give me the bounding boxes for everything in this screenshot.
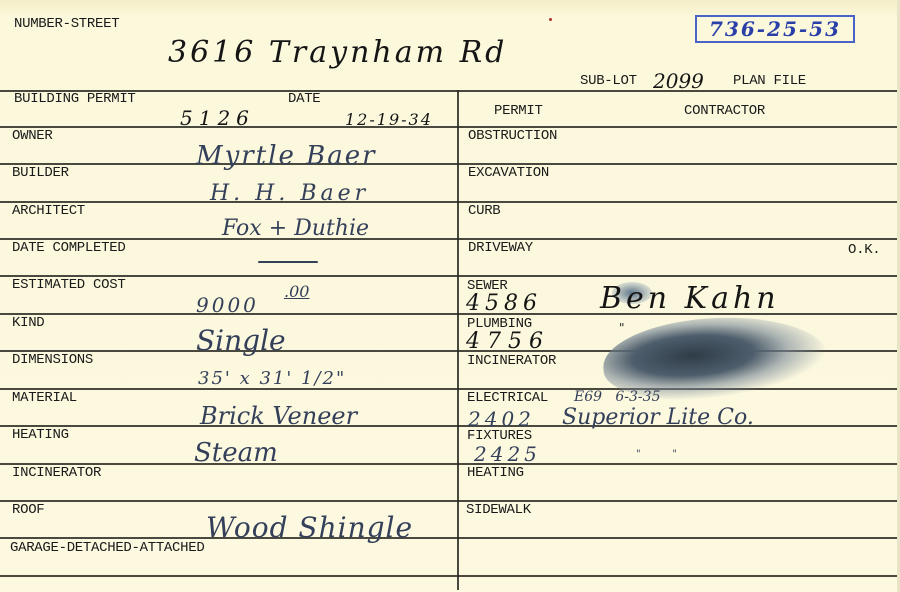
- rule: [0, 537, 900, 539]
- electrical-contractor: Superior Lite Co.: [562, 407, 754, 429]
- estimated-cost-value: 9000: [196, 295, 259, 315]
- building-permit-date: 12-19-34: [345, 112, 433, 128]
- column-divider: [457, 90, 459, 590]
- fixtures-label: FIXTURES: [467, 429, 532, 443]
- owner-label: OWNER: [12, 129, 53, 143]
- heating-value: Steam: [194, 440, 278, 466]
- date-label: DATE: [288, 92, 320, 106]
- permit-index-card: 736-25-53 NUMBER-STREET 3616 Traynham Rd…: [0, 0, 900, 592]
- number-street-label: NUMBER-STREET: [14, 17, 119, 31]
- builder-label: BUILDER: [12, 166, 69, 180]
- roof-label: ROOF: [12, 503, 44, 517]
- sidewalk-label: SIDEWALK: [466, 503, 531, 517]
- electrical-label: ELECTRICAL: [467, 391, 548, 405]
- electrical-note: E69 6-3-35: [574, 390, 660, 404]
- architect-value: Fox + Duthie: [222, 218, 369, 240]
- rule: [0, 163, 900, 165]
- sub-lot-label: SUB-LOT: [580, 74, 637, 88]
- obstruction-label: OBSTRUCTION: [468, 129, 557, 143]
- fixtures-permit-number: 2425: [474, 444, 541, 464]
- rule: [0, 500, 900, 502]
- estimated-cost-cents: .00: [284, 284, 309, 300]
- curb-label: CURB: [468, 204, 500, 218]
- rule: [0, 201, 900, 203]
- dimensions-label: DIMENSIONS: [12, 353, 93, 367]
- rule: [0, 238, 900, 240]
- number-street-value: 3616 Traynham Rd: [168, 38, 507, 68]
- rule: [0, 126, 900, 128]
- roof-value: Wood Shingle: [206, 514, 413, 542]
- electrical-permit-number: 2402: [468, 409, 535, 429]
- owner-value: Myrtle Baer: [196, 143, 377, 169]
- builder-value: H. H. Baer: [210, 183, 369, 205]
- sewer-permit-number: 4586: [466, 293, 542, 315]
- dimensions-value: 35' x 31' 1/2": [198, 370, 346, 388]
- incinerator-label: INCINERATOR: [12, 466, 101, 480]
- sewer-contractor: Ben Kahn: [600, 284, 780, 314]
- building-permit-label: BUILDING PERMIT: [14, 92, 136, 106]
- file-number: 736-25-53: [709, 17, 841, 41]
- material-value: Brick Veneer: [200, 404, 357, 428]
- driveway-status: O.K.: [848, 243, 880, 257]
- rule: [0, 425, 900, 427]
- plan-file-label: PLAN FILE: [733, 74, 806, 88]
- plumbing-contractor-ditto: ": [619, 322, 625, 334]
- building-permit-number: 5126: [180, 108, 255, 128]
- estimated-cost-label: ESTIMATED COST: [12, 278, 125, 292]
- sub-lot-value: 2099: [653, 71, 704, 91]
- file-number-stamp: 736-25-53: [695, 15, 855, 43]
- heating-permit-label: HEATING: [467, 466, 524, 480]
- kind-value: Single: [196, 327, 286, 355]
- contractor-column-header: CONTRACTOR: [684, 104, 765, 118]
- rule: [0, 463, 900, 465]
- excavation-label: EXCAVATION: [468, 166, 549, 180]
- kind-label: KIND: [12, 316, 44, 330]
- rule: [0, 575, 900, 577]
- driveway-label: DRIVEWAY: [468, 241, 533, 255]
- heating-label: HEATING: [12, 428, 69, 442]
- paper-mark: [549, 18, 552, 21]
- rule: [0, 275, 900, 277]
- date-completed-label: DATE COMPLETED: [12, 241, 125, 255]
- fixtures-contractor-ditto: " ": [636, 450, 677, 460]
- architect-label: ARCHITECT: [12, 204, 85, 218]
- plumbing-permit-number: 4756: [466, 331, 550, 353]
- garage-label: GARAGE-DETACHED-ATTACHED: [10, 541, 204, 555]
- material-label: MATERIAL: [12, 391, 77, 405]
- permit-column-header: PERMIT: [494, 104, 543, 118]
- date-completed-blank-mark: [258, 261, 318, 263]
- incinerator-permit-label: INCINERATOR: [467, 354, 556, 368]
